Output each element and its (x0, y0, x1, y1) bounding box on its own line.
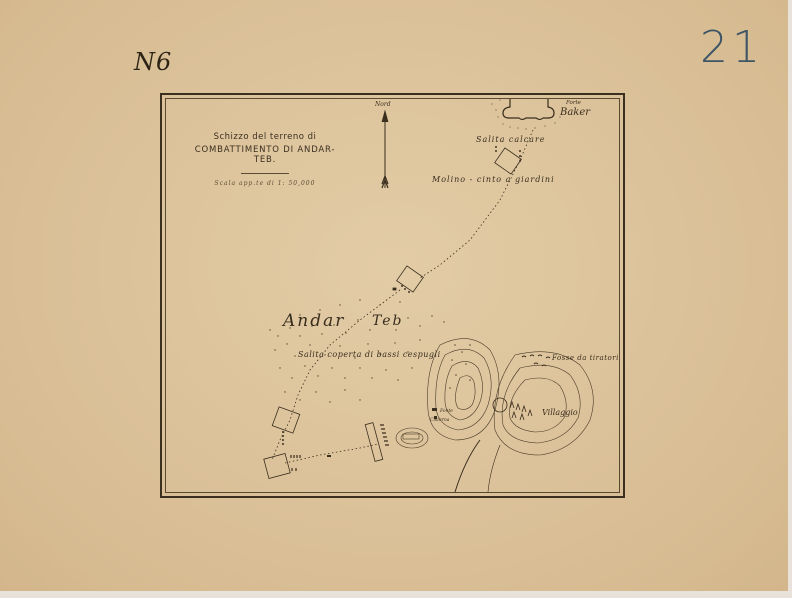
andar-label: Andar (283, 311, 345, 331)
rifle-pits (522, 355, 550, 366)
map-title-block: Schizzo del terreno di COMBATTIMENTO DI … (190, 132, 340, 187)
troop-line-east (365, 423, 389, 462)
title-divider (241, 173, 289, 174)
map-title-line2: COMBATTIMENTO DI ANDAR-TEB. (190, 145, 340, 165)
fosse-label: Fosse da tiratori (552, 354, 619, 362)
fort-baker-icon (503, 99, 554, 120)
salita-coperta-label: Salita coperta di bassi cespugli (298, 350, 441, 359)
troop-square-south (264, 453, 300, 478)
fort-scrub-dots (491, 99, 560, 129)
road-north (420, 130, 533, 278)
troop-square-north (495, 146, 522, 174)
troop-square-southwest (272, 407, 300, 444)
fonte-label: Fonte (440, 409, 453, 414)
villaggio-label: Villaggio (542, 408, 578, 417)
map-title-line1: Schizzo del terreno di (190, 132, 340, 142)
archive-number: 21 (700, 22, 764, 73)
stream-line (455, 440, 480, 492)
north-arrow-icon (382, 111, 388, 188)
village-icon (493, 398, 532, 420)
molino-label: Molino - cinto a giardini (432, 175, 555, 184)
scan-edge-right (788, 0, 792, 598)
north-label: Nord (375, 101, 391, 108)
salita-calcare-label: Salita calcare (476, 135, 546, 144)
cisterna-label: Cisterna (430, 418, 449, 423)
plate-number: N6 (134, 48, 172, 76)
troop-square-middle (393, 266, 423, 293)
baker-label: Baker (560, 107, 590, 118)
road-east (285, 444, 378, 463)
hill-contours-east (494, 352, 593, 455)
forte-label: Forte (566, 100, 581, 106)
scan-edge-bottom (0, 591, 792, 598)
small-hill (396, 428, 428, 448)
map-scale: Scala app.te di 1: 50,000 (190, 180, 340, 187)
stream-bank (488, 445, 500, 492)
teb-label: Teb (372, 313, 404, 329)
